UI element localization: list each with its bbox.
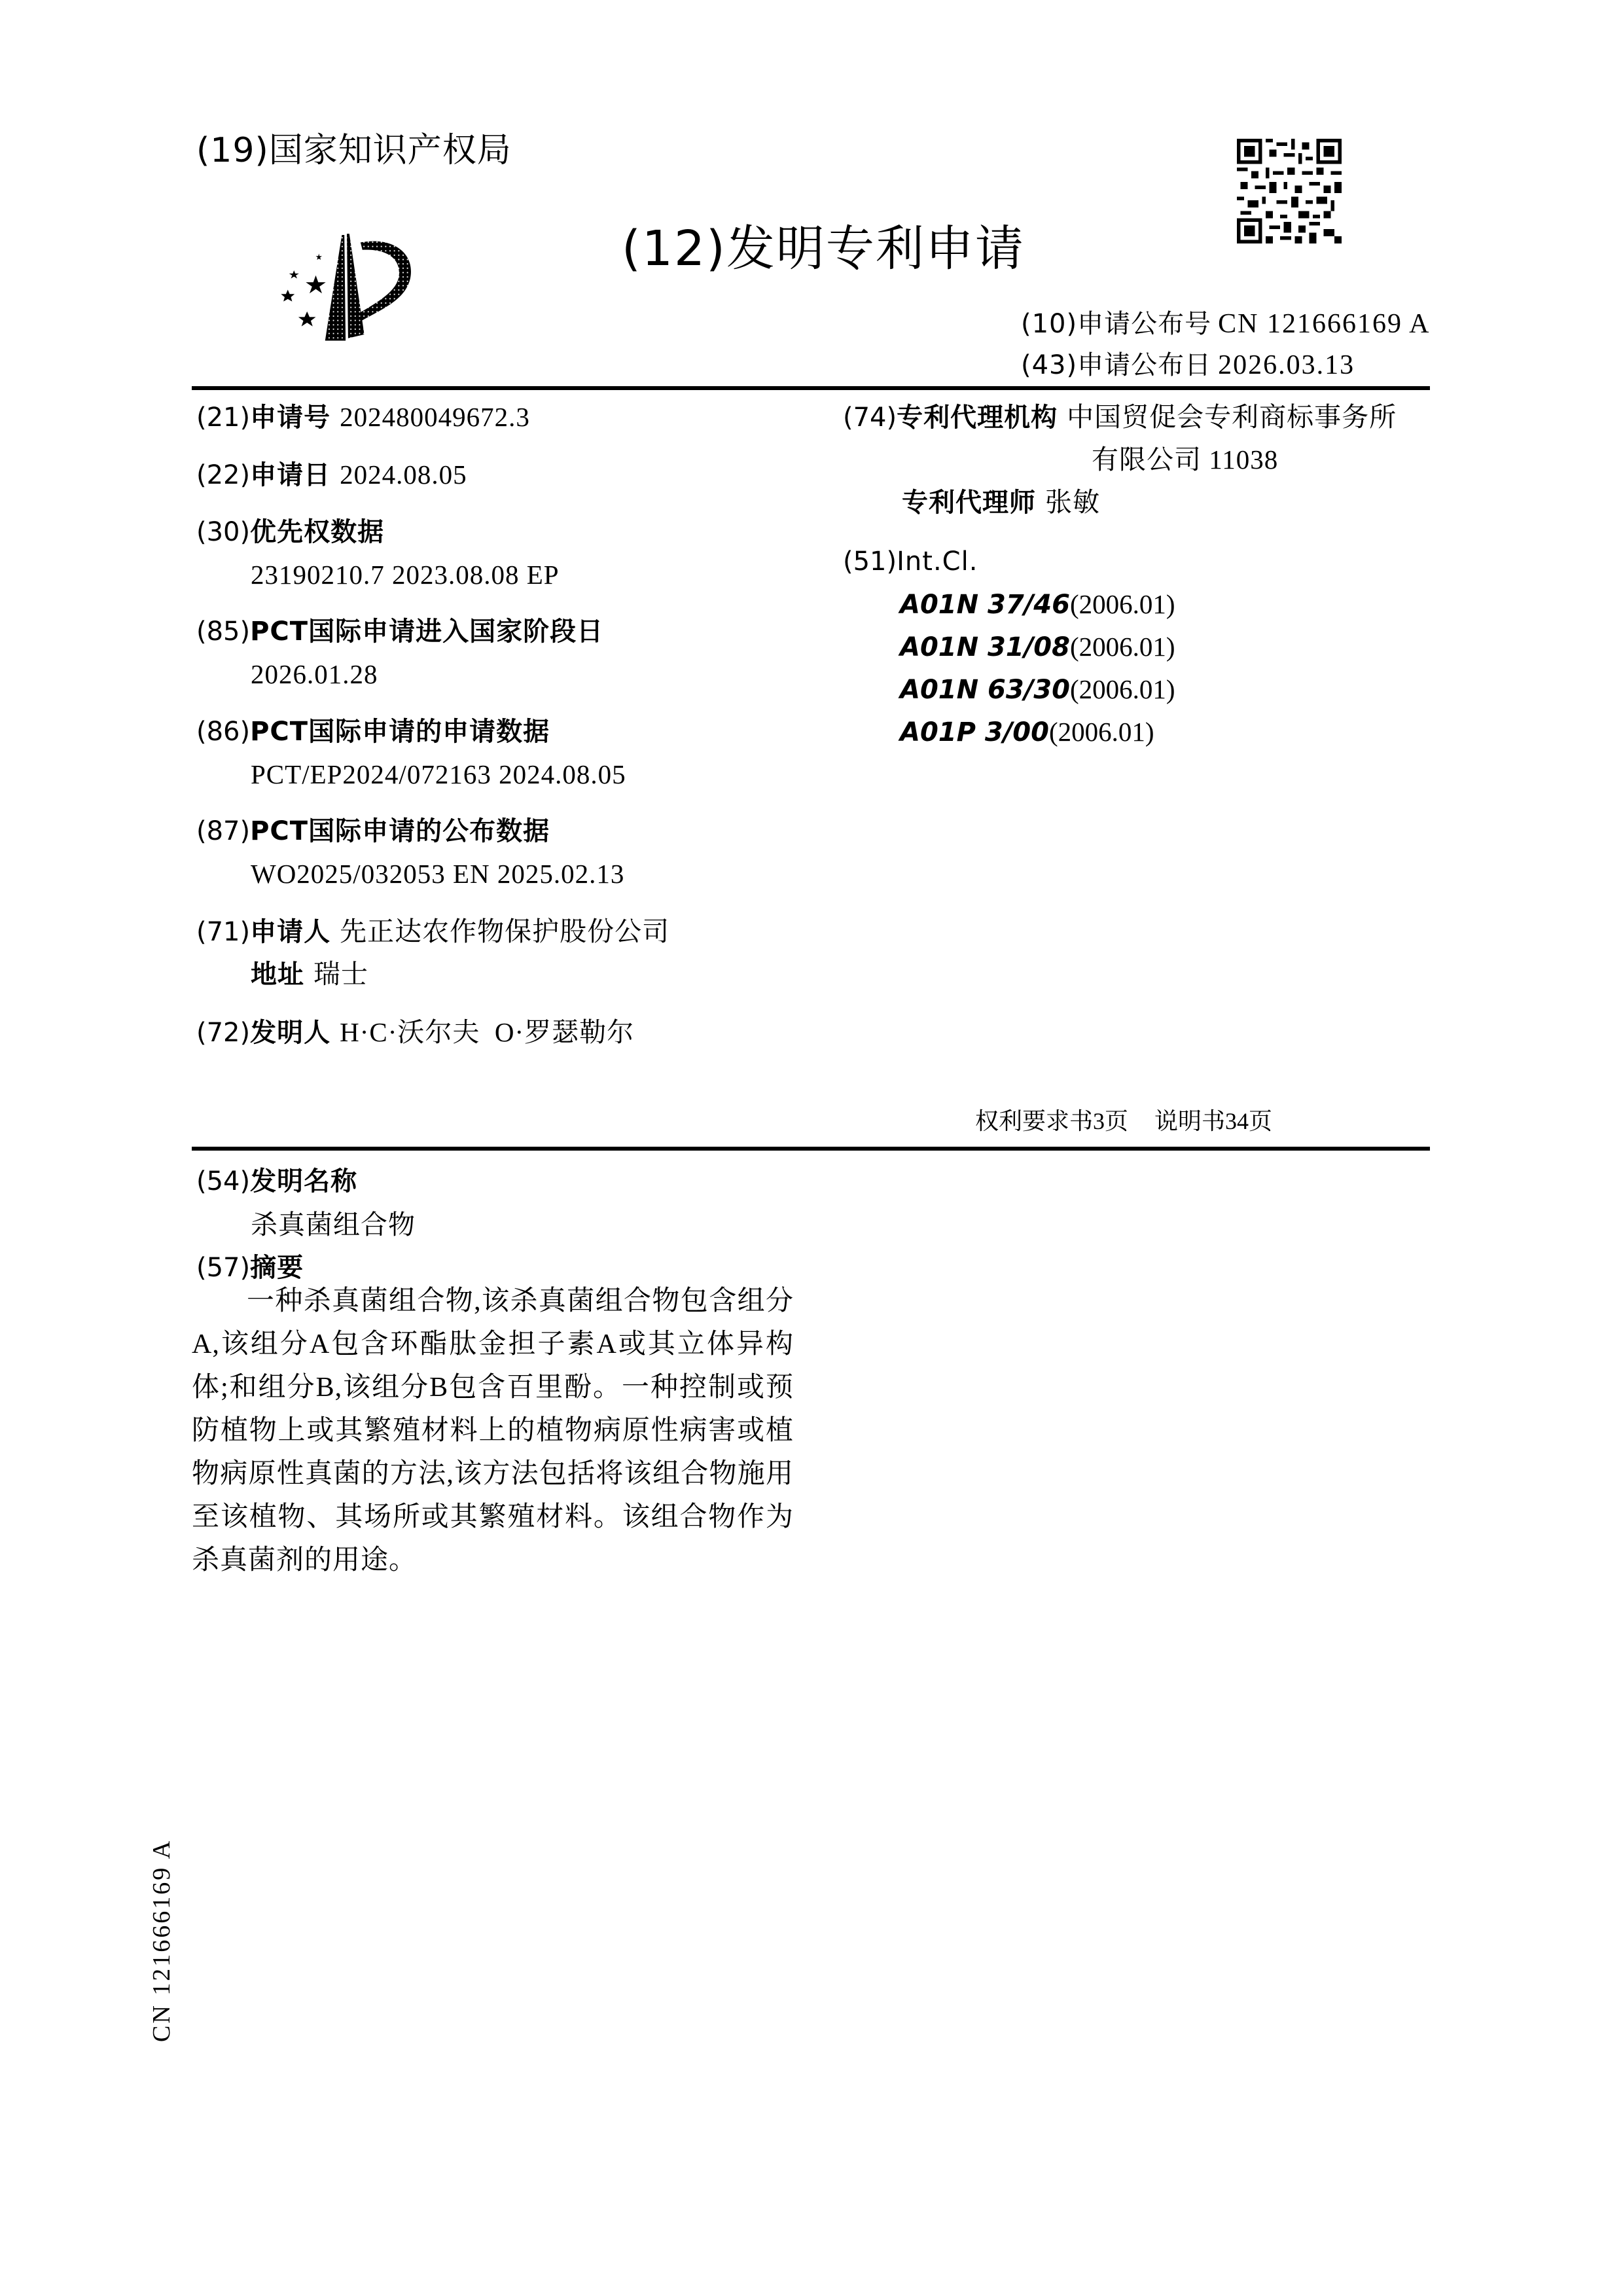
ipc-item: A01N 31/08(2006.01) [900, 630, 1175, 664]
field-agency: (74)专利代理机构中国贸促会专利商标事务所 [843, 401, 1397, 434]
pct-publication-value: WO2025/032053 EN 2025.02.13 [251, 857, 624, 890]
field-applicant: (71)申请人先正达农作物保护股份公司 [196, 915, 669, 948]
agency-value-line2: 有限公司 11038 [1092, 443, 1278, 476]
field-int-cl: (51)Int.Cl. [843, 545, 978, 578]
field-priority: (30)优先权数据 [196, 516, 384, 548]
description-page-count: 说明书34页 [1154, 1108, 1272, 1134]
field-inventors: (72)发明人H·C·沃尔夫 O·罗瑟勒尔 [196, 1016, 634, 1049]
claims-page-count: 权利要求书3页 [975, 1108, 1128, 1134]
doc-type: 发明专利申请 [726, 221, 1025, 277]
publication-date: (43)申请公布日2026.03.13 [1021, 349, 1355, 382]
field-pct-publication: (87)PCT国际申请的公布数据 [196, 815, 550, 848]
field-application-date: (22)申请日2024.08.05 [196, 458, 467, 492]
abstract-text: 一种杀真菌组合物,该杀真菌组合物包含组分A,该组分A包含环酯肽金担子素A或其立体… [192, 1280, 794, 1582]
field-address: 地址瑞士 [251, 958, 368, 991]
ipc-item: A01N 37/46(2006.01) [900, 588, 1175, 621]
publication-number: (10)申请公布号CN 121666169 A [1021, 308, 1430, 340]
field-patent-agent: 专利代理师张敏 [902, 486, 1100, 519]
ipc-item: A01N 63/30(2006.01) [900, 673, 1175, 706]
ipc-item: A01P 3/00(2006.01) [900, 715, 1154, 749]
invention-title-value: 杀真菌组合物 [251, 1208, 416, 1241]
pct-application-value: PCT/EP2024/072163 2024.08.05 [251, 758, 626, 791]
field-invention-title: (54)发明名称 [196, 1165, 357, 1198]
doc-type-code: (12) [622, 221, 726, 277]
office-code: (19) [196, 131, 269, 170]
field-application-number: (21)申请号202480049672.3 [196, 401, 530, 434]
pct-national-phase-value: 2026.01.28 [251, 658, 378, 691]
top-divider [192, 386, 1430, 390]
office-heading: (19)国家知识产权局 [196, 128, 512, 173]
office-name: 国家知识产权局 [269, 131, 512, 170]
side-publication-number: CN 121666169 A [147, 1839, 176, 2042]
middle-divider [192, 1147, 1430, 1151]
priority-value: 23190210.7 2023.08.08 EP [251, 558, 560, 591]
page-counts: 权利要求书3页说明书34页 [975, 1106, 1272, 1136]
qr-code-icon [1237, 139, 1342, 243]
document-type-title: (12)发明专利申请 [622, 219, 1025, 278]
cnipa-logo-icon [265, 223, 429, 347]
field-pct-national-phase: (85)PCT国际申请进入国家阶段日 [196, 615, 603, 648]
field-pct-application: (86)PCT国际申请的申请数据 [196, 715, 550, 748]
